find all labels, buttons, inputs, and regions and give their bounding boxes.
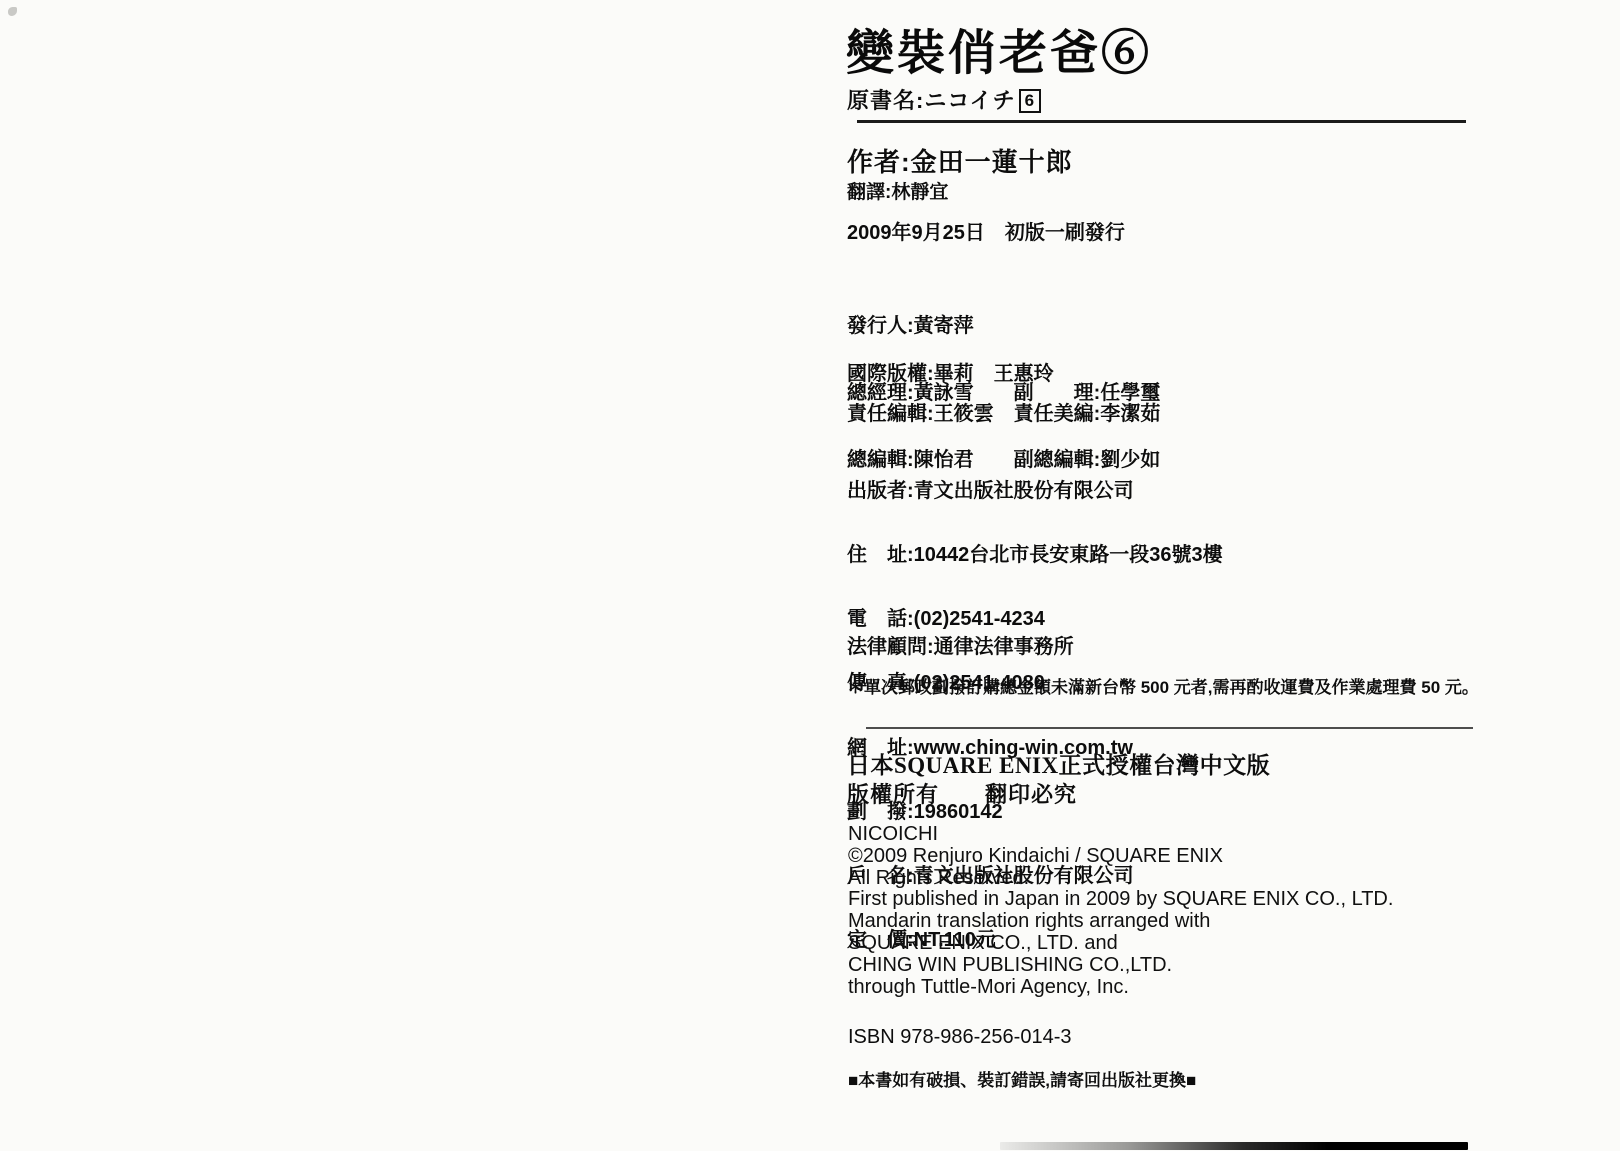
damage-replacement-note: ■本書如有破損、裝訂錯誤,請寄回出版社更換■ xyxy=(848,1066,1196,1091)
colophon-page: 變裝俏老爸⑥ 原書名:ニコイチ6 作者:金田一蓮十郎 翻譯:林靜宜 2009年9… xyxy=(0,0,1620,1151)
international-rights-line: 國際版權:畢莉 王惠玲 xyxy=(847,357,1054,386)
print-date-line: 2009年9月25日 初版一刷發行 xyxy=(847,216,1125,245)
first-published-line: First published in Japan in 2009 by SQUA… xyxy=(848,889,1393,911)
square-enix-license-line: 日本SQUARE ENIX正式授權台灣中文版 xyxy=(847,747,1270,780)
original-title: 原書名:ニコイチ6 xyxy=(847,84,1041,115)
scan-artifact-bottom-band xyxy=(1000,1142,1468,1150)
agency-line: through Tuttle-Mori Agency, Inc. xyxy=(848,977,1393,999)
publisher-person-line: 發行人:黃寄萍 xyxy=(847,315,1160,337)
book-title: 變裝俏老爸⑥ xyxy=(846,14,1152,83)
phone-line: 電 話:(02)2541-4234 xyxy=(847,609,1223,630)
isbn-line: ISBN 978-986-256-014-3 xyxy=(848,1026,1071,1049)
translator-line: 翻譯:林靜宜 xyxy=(847,177,948,204)
responsible-editor-line: 責任編輯:王筱雲 責任美編:李潔茹 xyxy=(847,397,1160,426)
publisher-line: 出版者:青文出版社股份有限公司 xyxy=(847,481,1223,502)
legal-advisor-line: 法律顧問:通律法律事務所 xyxy=(847,630,1074,659)
divider-top-rule xyxy=(857,120,1466,123)
scan-artifact-speck xyxy=(8,7,17,16)
english-title-line: NICOICHI xyxy=(848,824,1393,846)
original-title-text: 原書名:ニコイチ xyxy=(847,88,1016,113)
author-line: 作者:金田一蓮十郎 xyxy=(847,142,1073,179)
square-enix-co-line: SQUARE ENIX CO., LTD. and xyxy=(848,933,1393,955)
divider-middle-rule xyxy=(866,727,1473,729)
ching-win-co-line: CHING WIN PUBLISHING CO.,LTD. xyxy=(848,955,1393,977)
rights-reserved-line: All Rights Reserved. xyxy=(848,868,1393,890)
english-copyright-block: NICOICHI ©2009 Renjuro Kindaichi / SQUAR… xyxy=(848,824,1393,998)
address-line: 住 址:10442台北市長安東路一段36號3樓 xyxy=(847,545,1223,566)
postal-order-note: ＊單次郵政劃撥訂購總金額未滿新台幣 500 元者,需再酌收運費及作業處理費 50… xyxy=(847,673,1479,698)
copyright-year-line: ©2009 Renjuro Kindaichi / SQUARE ENIX xyxy=(848,846,1393,868)
original-volume-badge: 6 xyxy=(1019,89,1041,113)
translation-rights-line: Mandarin translation rights arranged wit… xyxy=(848,911,1393,933)
copyright-notice-line: 版權所有 翻印必究 xyxy=(847,778,1077,809)
